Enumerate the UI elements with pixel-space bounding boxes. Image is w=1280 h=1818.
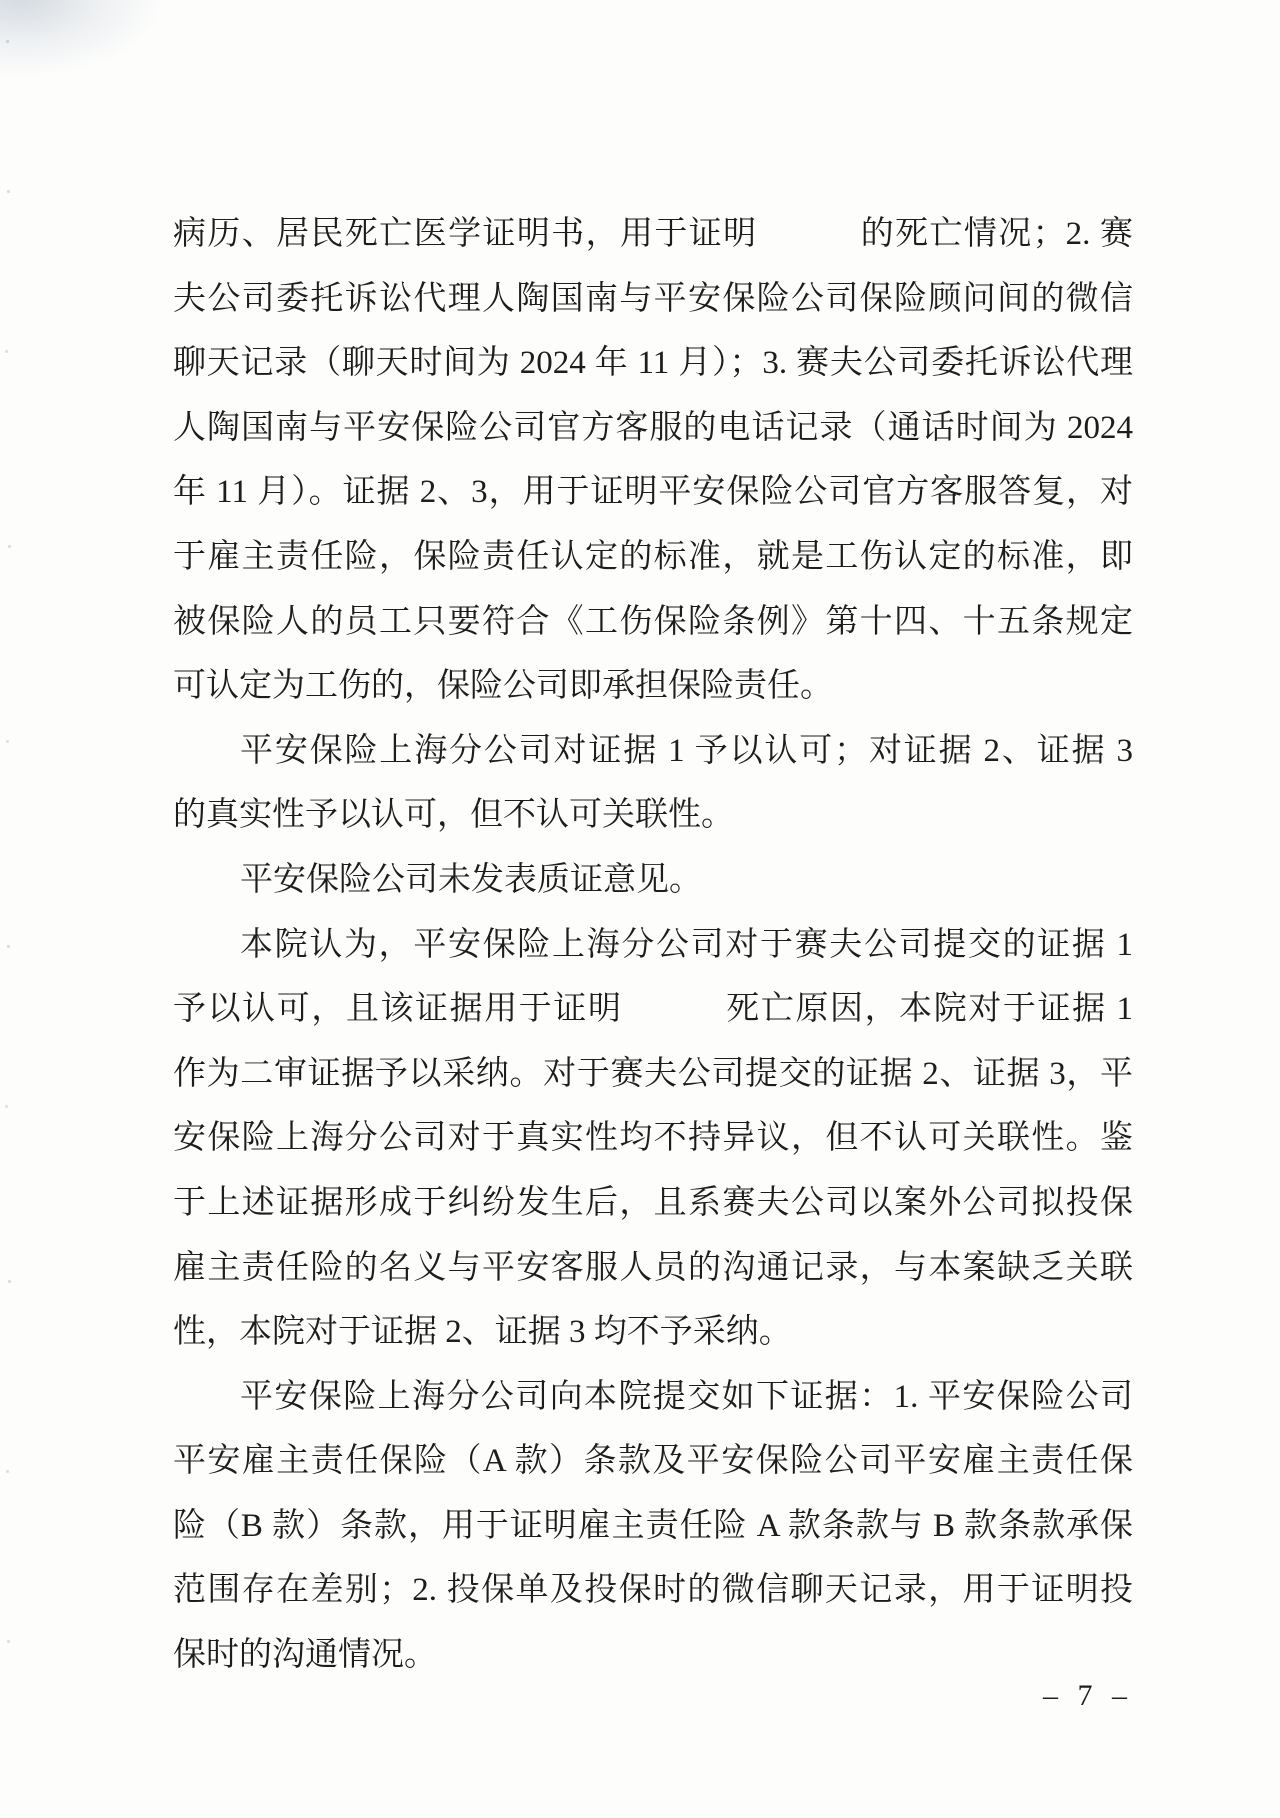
text-line: 夫公司委托诉讼代理人陶国南与平安保险公司保险顾问间的微信 [173,267,1133,332]
text-line: 被保险人的员工只要符合《工伤保险条例》第十四、十五条规定 [173,590,1133,655]
scan-smudge [0,0,170,80]
text-line: 险（B 款）条款，用于证明雇主责任险 A 款条款与 B 款条款承保 [173,1494,1133,1559]
text-line: 本院认为，平安保险上海分公司对于赛夫公司提交的证据 1 [173,913,1133,978]
text-line: 的真实性予以认可，但不认可关联性。 [173,783,1133,848]
text-line: 保时的沟通情况。 [173,1623,1133,1688]
text-line: 人陶国南与平安保险公司官方客服的电话记录（通话时间为 2024 [173,396,1133,461]
scan-artifacts [6,40,9,43]
document-page: 病历、居民死亡医学证明书，用于证明 的死亡情况；2. 赛夫公司委托诉讼代理人陶国… [0,0,1280,1818]
text-line: 安保险上海分公司对于真实性均不持异议，但不认可关联性。鉴 [173,1106,1133,1171]
text-line: 范围存在差别；2. 投保单及投保时的微信聊天记录，用于证明投 [173,1558,1133,1623]
text-line: 雇主责任险的名义与平安客服人员的沟通记录，与本案缺乏关联 [173,1236,1133,1301]
text-line: 于上述证据形成于纠纷发生后，且系赛夫公司以案外公司拟投保 [173,1171,1133,1236]
text-line: 性，本院对于证据 2、证据 3 均不予采纳。 [173,1300,1133,1365]
text-line: 平安保险上海分公司对证据 1 予以认可；对证据 2、证据 3 [173,719,1133,784]
text-line: 平安雇主责任保险（A 款）条款及平安保险公司平安雇主责任保 [173,1429,1133,1494]
text-line: 聊天记录（聊天时间为 2024 年 11 月）；3. 赛夫公司委托诉讼代理 [173,331,1133,396]
text-line: 平安保险上海分公司向本院提交如下证据：1. 平安保险公司 [173,1365,1133,1430]
text-line: 平安保险公司未发表质证意见。 [173,848,1133,913]
text-body: 病历、居民死亡医学证明书，用于证明 的死亡情况；2. 赛夫公司委托诉讼代理人陶国… [173,202,1133,1688]
text-line: 予以认可，且该证据用于证明 死亡原因，本院对于证据 1 [173,977,1133,1042]
text-line: 可认定为工伤的，保险公司即承担保险责任。 [173,654,1133,719]
text-line: 病历、居民死亡医学证明书，用于证明 的死亡情况；2. 赛 [173,202,1133,267]
page-number: – 7 – [1043,1678,1133,1714]
text-line: 作为二审证据予以采纳。对于赛夫公司提交的证据 2、证据 3，平 [173,1042,1133,1107]
text-line: 年 11 月）。证据 2、3，用于证明平安保险公司官方客服答复，对 [173,460,1133,525]
text-line: 于雇主责任险，保险责任认定的标准，就是工伤认定的标准，即 [173,525,1133,590]
